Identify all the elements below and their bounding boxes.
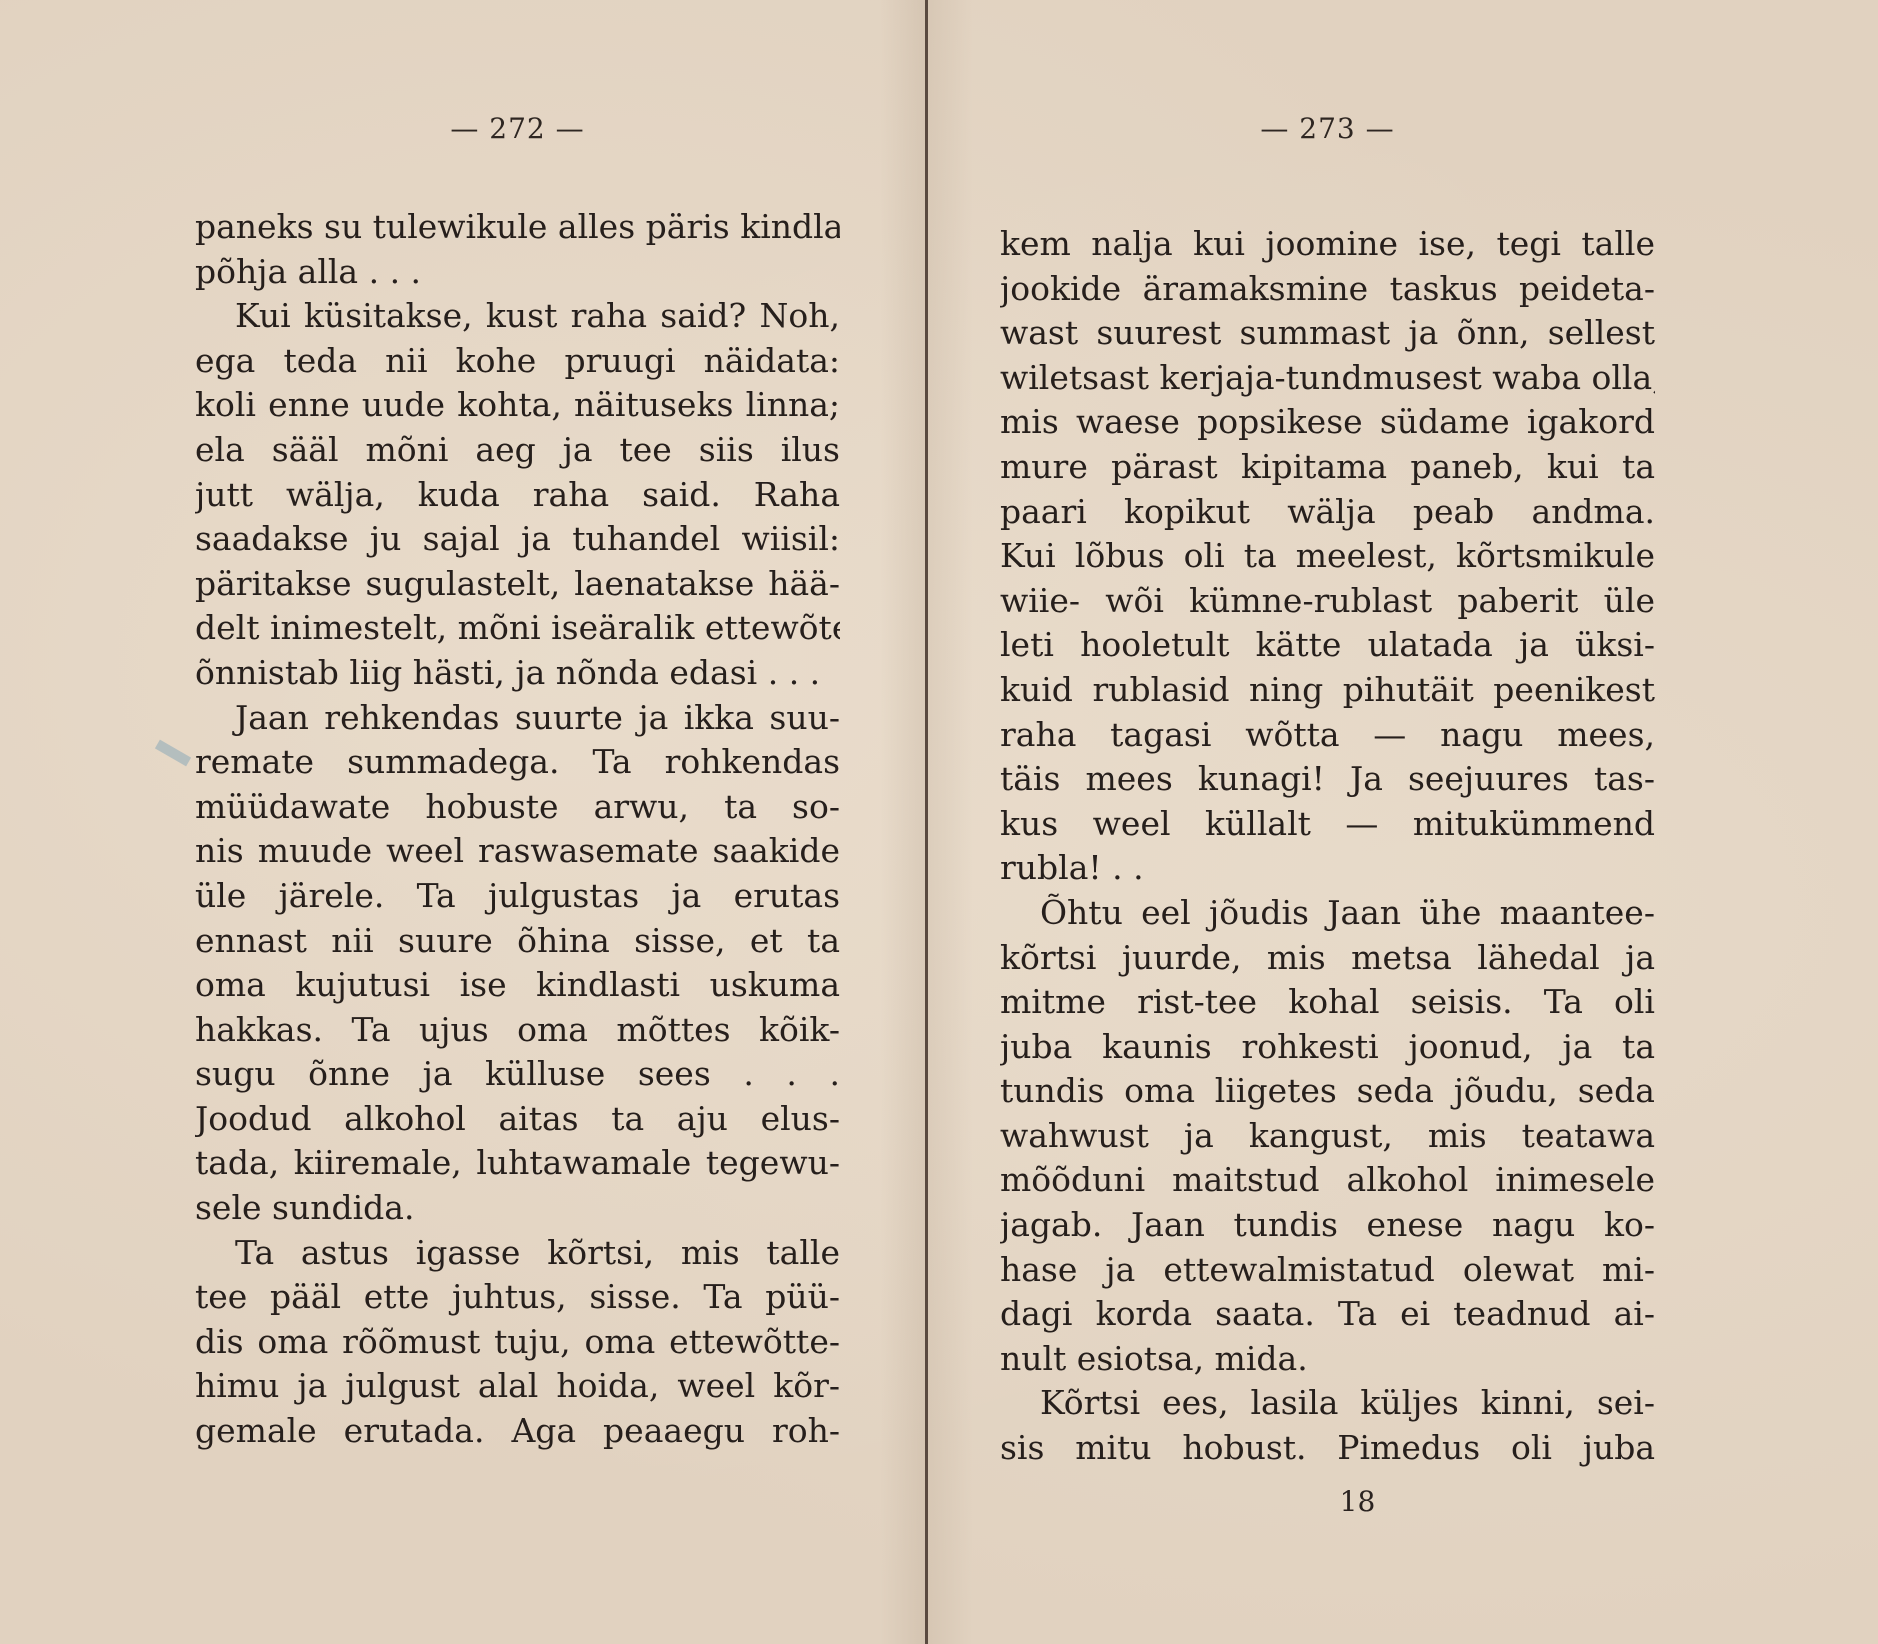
text-line: dis oma rõõmust tuju, oma ettewõtte- [195,1320,840,1365]
text-line: leti hooletult kätte ulatada ja üksi- [1000,623,1655,668]
text-line: kem nalja kui joomine ise, tegi talle [1000,222,1655,267]
text-line: himu ja julgust alal hoida, weel kõr- [195,1364,840,1409]
text-line: kuid rublasid ning pihutäit peenikest [1000,668,1655,713]
right-page: — 273 — kem nalja kui joomine ise, tegi … [1000,0,1655,1644]
text-line: Kõrtsi ees, lasila küljes kinni, sei- [1000,1381,1655,1426]
text-line: üle järele. Ta julgustas ja erutas [195,874,840,919]
book-gutter [925,0,928,1644]
text-line: oma kujutusi ise kindlasti uskuma [195,963,840,1008]
text-line: täis mees kunagi! Ja seejuures tas- [1000,757,1655,802]
text-line: paneks su tulewikule alles päris kindla [195,205,840,250]
text-line: Ta astus igasse kõrtsi, mis talle [195,1231,840,1276]
text-line: ega teda nii kohe pruugi näidata: [195,339,840,384]
text-line: tada, kiiremale, luhtawamale tegewu- [195,1141,840,1186]
text-line: dagi korda saata. Ta ei teadnud ai- [1000,1292,1655,1337]
book-spread: — 272 — paneks su tulewikule alles päris… [0,0,1878,1644]
ink-stain [155,740,191,767]
text-line: sugu õnne ja külluse sees . . . [195,1052,840,1097]
text-line: Jaan rehkendas suurte ja ikka suu- [195,696,840,741]
gutter-shadow-right [928,0,973,1644]
text-line: kõrtsi juurde, mis metsa lähedal ja [1000,936,1655,981]
text-line: tee pääl ette juhtus, sisse. Ta püü- [195,1275,840,1320]
text-line: Kui küsitakse, kust raha said? Noh, [195,294,840,339]
text-line: Kui lõbus oli ta meelest, kõrtsmikule [1000,534,1655,579]
text-line: hase ja ettewalmistatud olewat mi- [1000,1248,1655,1293]
text-line: ela sääl mõni aeg ja tee siis ilus [195,428,840,473]
text-line: päritakse sugulastelt, laenatakse hää- [195,562,840,607]
text-line: paari kopikut wälja peab andma. [1000,490,1655,535]
text-line: mitme rist-tee kohal seisis. Ta oli [1000,980,1655,1025]
text-line: nis muude weel raswasemate saakide [195,829,840,874]
text-line: jagab. Jaan tundis enese nagu ko- [1000,1203,1655,1248]
text-line: saadakse ju sajal ja tuhandel wiisil: [195,517,840,562]
page-number: — 273 — [1000,112,1655,145]
page-text: paneks su tulewikule alles päris kindlap… [195,205,840,1454]
page-number: — 272 — [195,112,840,145]
text-line: hakkas. Ta ujus oma mõttes kõik- [195,1008,840,1053]
text-line: ennast nii suure õhina sisse, et ta [195,919,840,964]
text-line: juba kaunis rohkesti joonud, ja ta [1000,1025,1655,1070]
text-line: wast suurest summast ja õnn, sellest [1000,311,1655,356]
text-line: delt inimestelt, mõni iseäralik ettewõte [195,606,840,651]
left-page: — 272 — paneks su tulewikule alles päris… [195,0,840,1644]
text-line: õnnistab liig hästi, ja nõnda edasi . . … [195,651,840,696]
text-line: müüdawate hobuste arwu, ta so- [195,785,840,830]
page-text: kem nalja kui joomine ise, tegi tallejoo… [1000,222,1655,1471]
text-line: remate summadega. Ta rohkendas [195,740,840,785]
text-line: tundis oma liigetes seda jõudu, seda [1000,1069,1655,1114]
text-line: jutt wälja, kuda raha said. Raha [195,473,840,518]
text-line: mõõduni maitstud alkohol inimesele [1000,1158,1655,1203]
text-line: wahwust ja kangust, mis teatawa [1000,1114,1655,1159]
signature-mark: 18 [1000,1485,1655,1518]
text-line: nult esiotsa, mida. [1000,1337,1655,1382]
text-line: mure pärast kipitama paneb, kui ta [1000,445,1655,490]
text-line: kus weel küllalt — mitukümmend [1000,802,1655,847]
text-line: jookide äramaksmine taskus peideta- [1000,267,1655,312]
text-line: koli enne uude kohta, näituseks linna; [195,383,840,428]
text-line: sele sundida. [195,1186,840,1231]
text-line: wiletsast kerjaja-tundmusest waba olla, [1000,356,1655,401]
text-line: sis mitu hobust. Pimedus oli juba [1000,1426,1655,1471]
text-line: põhja alla . . . [195,250,840,295]
text-line: rubla! . . [1000,846,1655,891]
text-line: gemale erutada. Aga peaaegu roh- [195,1409,840,1454]
text-line: Õhtu eel jõudis Jaan ühe maantee- [1000,891,1655,936]
text-line: Joodud alkohol aitas ta aju elus- [195,1097,840,1142]
text-line: raha tagasi wõtta — nagu mees, [1000,713,1655,758]
gutter-shadow-left [880,0,925,1644]
text-line: mis waese popsikese südame igakord [1000,400,1655,445]
text-line: wiie- wõi kümne-rublast paberit üle [1000,579,1655,624]
